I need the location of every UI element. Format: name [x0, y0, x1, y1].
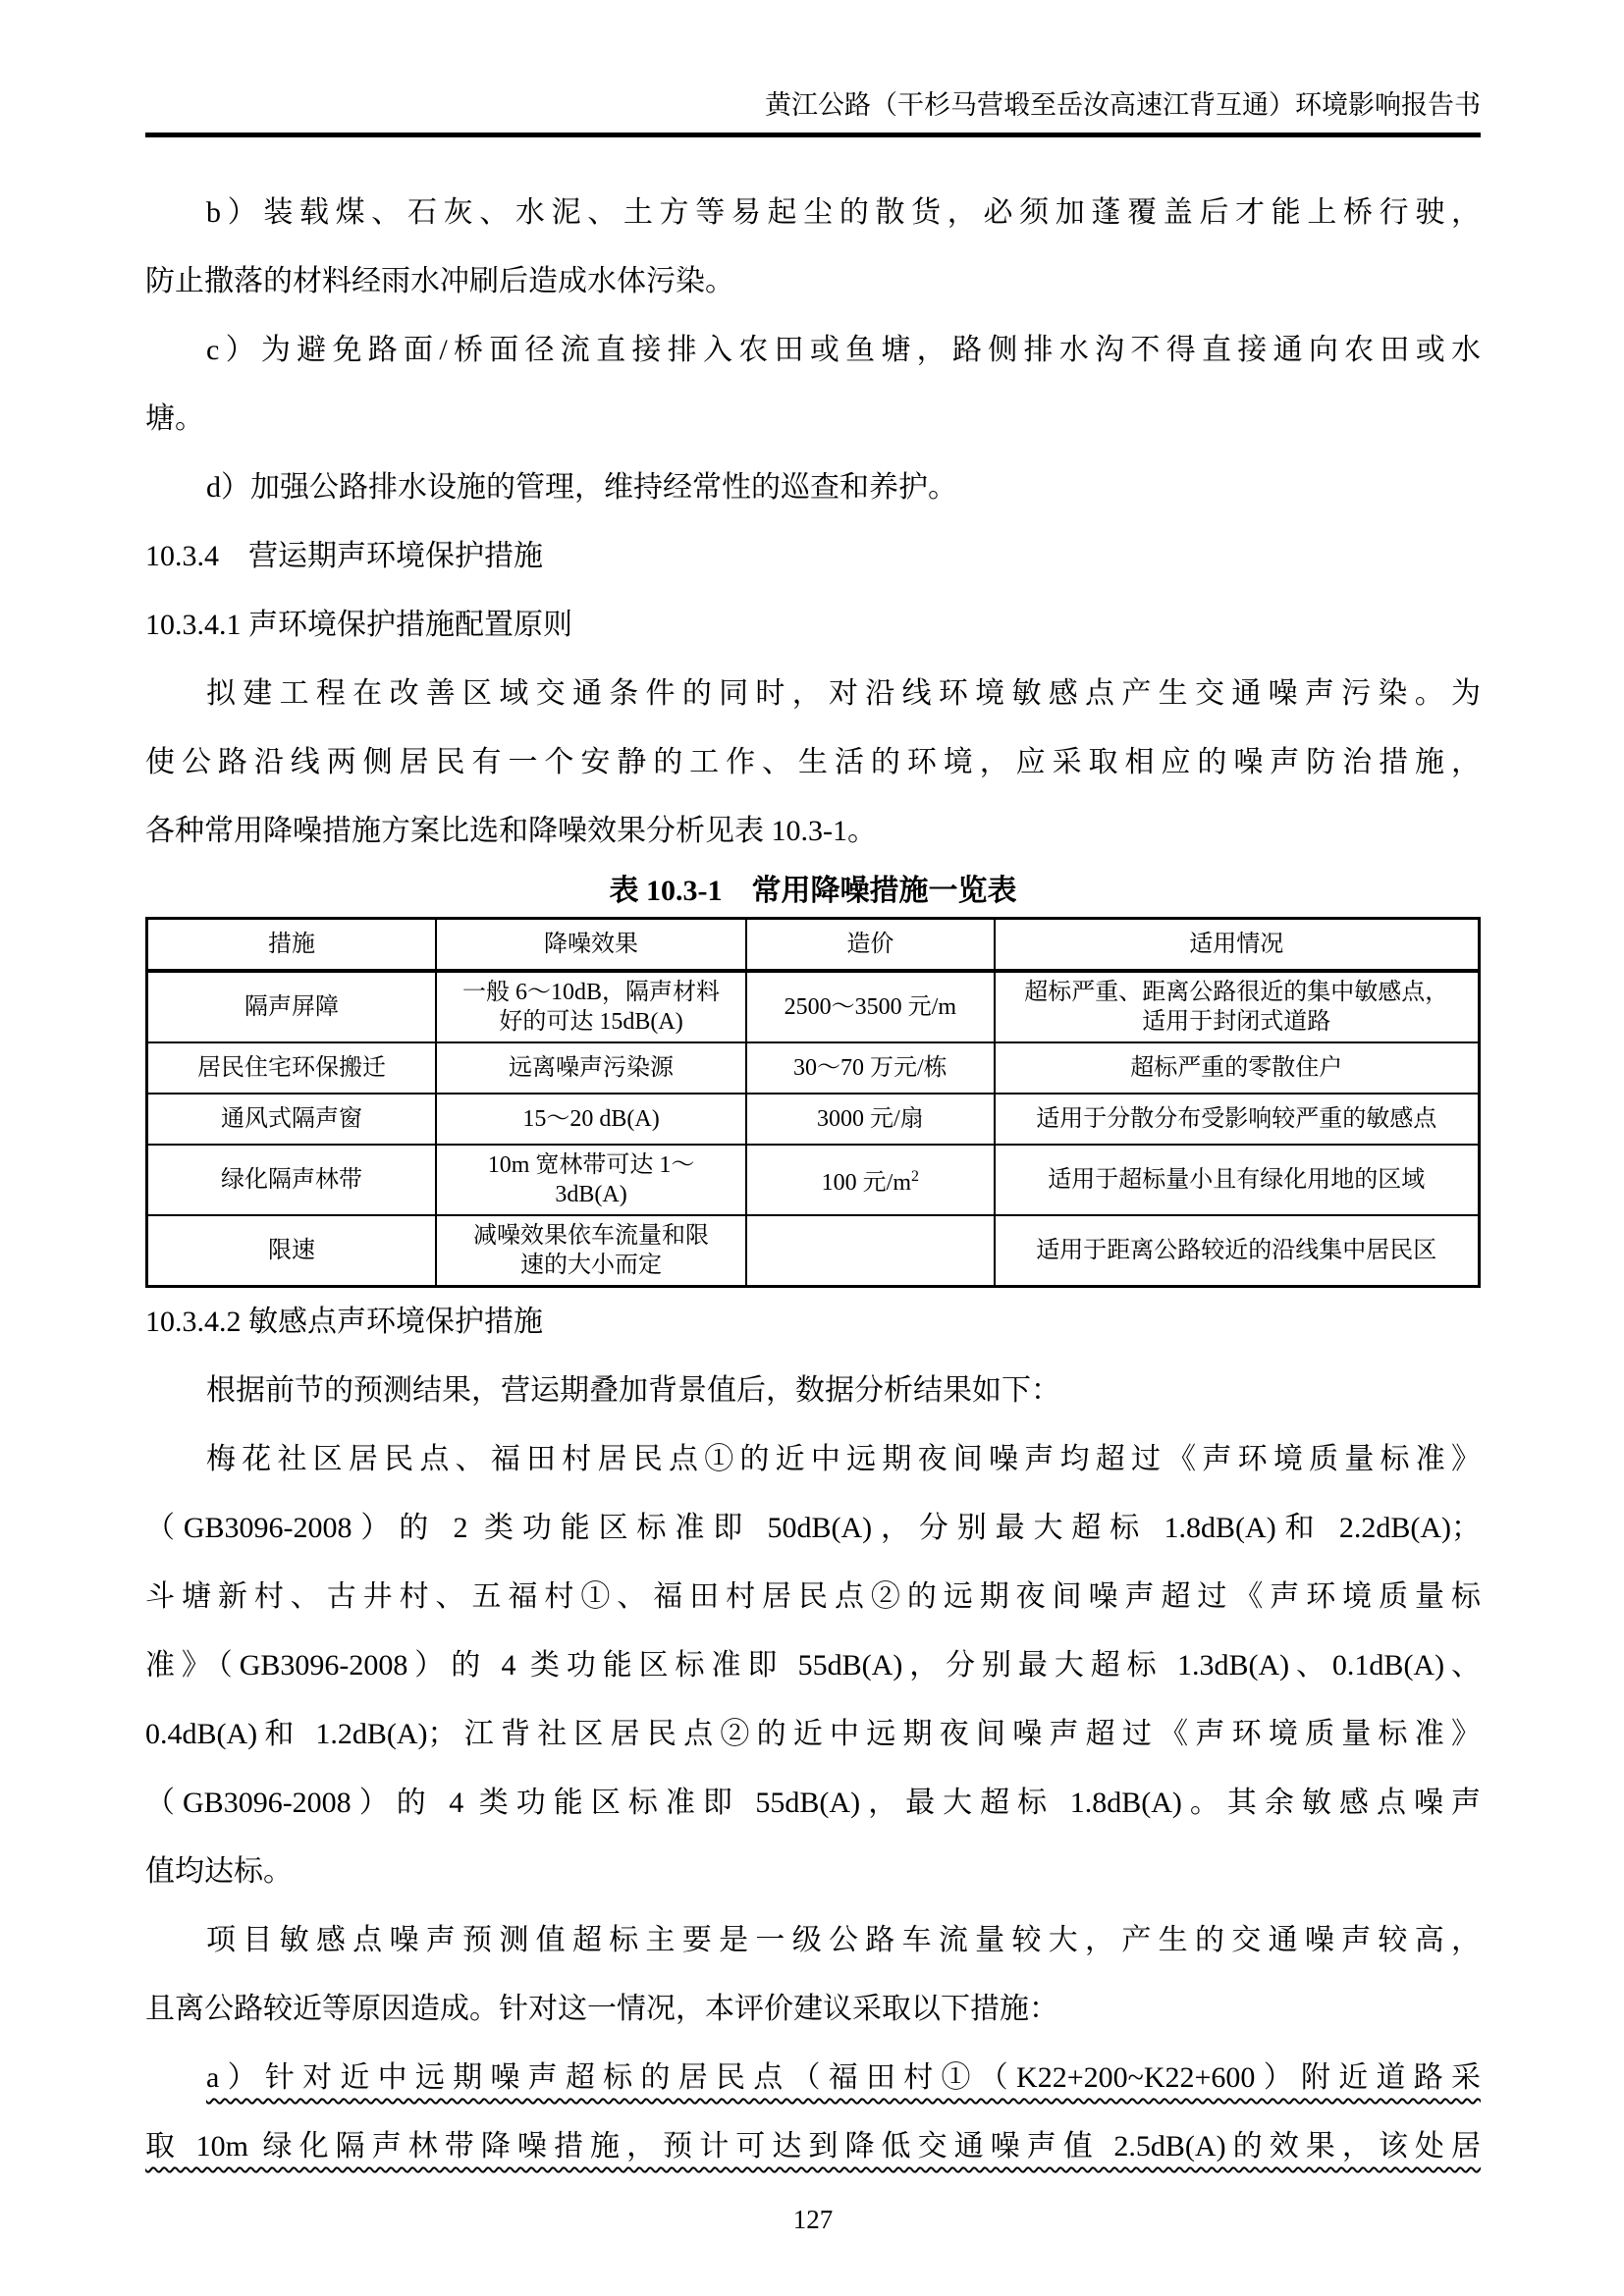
- para-d-line-1: d）加强公路排水设施的管理，维持经常性的巡查和养护。: [145, 454, 1481, 522]
- col-header-measure: 措施: [147, 919, 436, 972]
- para-analysis-line-5: 0.4dB(A)和 1.2dB(A)；江背社区居民点②的近中远期夜间噪声超过《声…: [145, 1700, 1481, 1769]
- para-analysis-line-7: 值均达标。: [145, 1838, 1481, 1906]
- cell-usage: 适用于距离公路较近的沿线集中居民区: [995, 1215, 1480, 1287]
- para-cause-line-2: 且离公路较近等原因造成。针对这一情况，本评价建议采取以下措施：: [145, 1975, 1481, 2044]
- superscript: 2: [911, 1168, 919, 1185]
- table-row: 居民住宅环保搬迁 远离噪声污染源 30～70 万元/栋 超标严重的零散住户: [147, 1042, 1480, 1094]
- table-row: 通风式隔声窗 15～20 dB(A) 3000 元/扇 适用于分散分布受影响较严…: [147, 1094, 1480, 1145]
- cell-effect: 15～20 dB(A): [436, 1094, 746, 1145]
- para-measure-a-line-2: 取 10m 绿化隔声林带降噪措施，预计可达到降低交通噪声值 2.5dB(A)的效…: [145, 2112, 1481, 2181]
- cell-cost: 100 元/m2: [746, 1145, 994, 1215]
- para-analysis-line-2: （GB3096-2008）的 2 类功能区标准即 50dB(A)，分别最大超标 …: [145, 1494, 1481, 1563]
- cell-usage: 超标严重的零散住户: [995, 1042, 1480, 1094]
- table-header-row: 措施 降噪效果 造价 适用情况: [147, 919, 1480, 972]
- document-body: b）装载煤、石灰、水泥、土方等易起尘的散货，必须加蓬覆盖后才能上桥行驶， 防止撒…: [145, 179, 1481, 2181]
- cell-cost: 30～70 万元/栋: [746, 1042, 994, 1094]
- section-heading-10-3-4: 10.3.4 营运期声环境保护措施: [145, 522, 1481, 591]
- cell-effect: 一般 6～10dB，隔声材料好的可达 15dB(A): [436, 971, 746, 1042]
- noise-measures-table: 措施 降噪效果 造价 适用情况 隔声屏障 一般 6～10dB，隔声材料好的可达 …: [145, 917, 1481, 1288]
- col-header-effect: 降噪效果: [436, 919, 746, 972]
- cell-measure: 通风式隔声窗: [147, 1094, 436, 1145]
- cell-cost: 3000 元/扇: [746, 1094, 994, 1145]
- cell-measure: 限速: [147, 1215, 436, 1287]
- cell-measure: 绿化隔声林带: [147, 1145, 436, 1215]
- para-analysis-line-6: （GB3096-2008）的 4 类功能区标准即 55dB(A)，最大超标 1.…: [145, 1769, 1481, 1838]
- page-header-title: 黄江公路（干杉马营塅至岳汝高速江背互通）环境影响报告书: [145, 88, 1481, 137]
- para-c-line-2: 塘。: [145, 385, 1481, 454]
- para-measure-a-line-1: a）针对近中远期噪声超标的居民点（福田村①（K22+200~K22+600）附近…: [145, 2044, 1481, 2112]
- page-number: 127: [145, 2203, 1481, 2237]
- table-row: 绿化隔声林带 10m 宽林带可达 1～3dB(A) 100 元/m2 适用于超标…: [147, 1145, 1480, 1215]
- para-b-line-1: b）装载煤、石灰、水泥、土方等易起尘的散货，必须加蓬覆盖后才能上桥行驶，: [145, 179, 1481, 247]
- cell-measure: 居民住宅环保搬迁: [147, 1042, 436, 1094]
- cell-cost: 2500～3500 元/m: [746, 971, 994, 1042]
- para-analysis-line-4: 准》（GB3096-2008）的 4 类功能区标准即 55dB(A)，分别最大超…: [145, 1631, 1481, 1700]
- cell-effect: 减噪效果依车流量和限速的大小而定: [436, 1215, 746, 1287]
- para-results-line-1: 根据前节的预测结果，营运期叠加背景值后，数据分析结果如下：: [145, 1357, 1481, 1425]
- cell-usage: 适用于分散分布受影响较严重的敏感点: [995, 1094, 1480, 1145]
- cell-cost: [746, 1215, 994, 1287]
- cell-usage: 超标严重、距离公路很近的集中敏感点，适用于封闭式道路: [995, 971, 1480, 1042]
- table-row: 限速 减噪效果依车流量和限速的大小而定 适用于距离公路较近的沿线集中居民区: [147, 1215, 1480, 1287]
- para-intro-line-2: 使公路沿线两侧居民有一个安静的工作、生活的环境，应采取相应的噪声防治措施，: [145, 728, 1481, 797]
- para-intro-line-3: 各种常用降噪措施方案比选和降噪效果分析见表 10.3-1。: [145, 797, 1481, 866]
- para-c-line-1: c）为避免路面/桥面径流直接排入农田或鱼塘，路侧排水沟不得直接通向农田或水: [145, 316, 1481, 385]
- document-page: 黄江公路（干杉马营塅至岳汝高速江背互通）环境影响报告书 b）装载煤、石灰、水泥、…: [0, 0, 1624, 2296]
- para-cause-line-1: 项目敏感点噪声预测值超标主要是一级公路车流量较大，产生的交通噪声较高，: [145, 1906, 1481, 1975]
- para-analysis-line-1: 梅花社区居民点、福田村居民点①的近中远期夜间噪声均超过《声环境质量标准》: [145, 1425, 1481, 1494]
- table-caption: 表 10.3-1 常用降噪措施一览表: [145, 866, 1481, 917]
- cell-usage: 适用于超标量小且有绿化用地的区域: [995, 1145, 1480, 1215]
- section-heading-10-3-4-1: 10.3.4.1 声环境保护措施配置原则: [145, 591, 1481, 660]
- col-header-usage: 适用情况: [995, 919, 1480, 972]
- col-header-cost: 造价: [746, 919, 994, 972]
- para-intro-line-1: 拟建工程在改善区域交通条件的同时，对沿线环境敏感点产生交通噪声污染。为: [145, 660, 1481, 728]
- table-row: 隔声屏障 一般 6～10dB，隔声材料好的可达 15dB(A) 2500～350…: [147, 971, 1480, 1042]
- para-analysis-line-3: 斗塘新村、古井村、五福村①、福田村居民点②的远期夜间噪声超过《声环境质量标: [145, 1563, 1481, 1631]
- para-b-line-2: 防止撒落的材料经雨水冲刷后造成水体污染。: [145, 247, 1481, 316]
- cell-measure: 隔声屏障: [147, 971, 436, 1042]
- cell-effect: 10m 宽林带可达 1～3dB(A): [436, 1145, 746, 1215]
- section-heading-10-3-4-2: 10.3.4.2 敏感点声环境保护措施: [145, 1288, 1481, 1357]
- cell-effect: 远离噪声污染源: [436, 1042, 746, 1094]
